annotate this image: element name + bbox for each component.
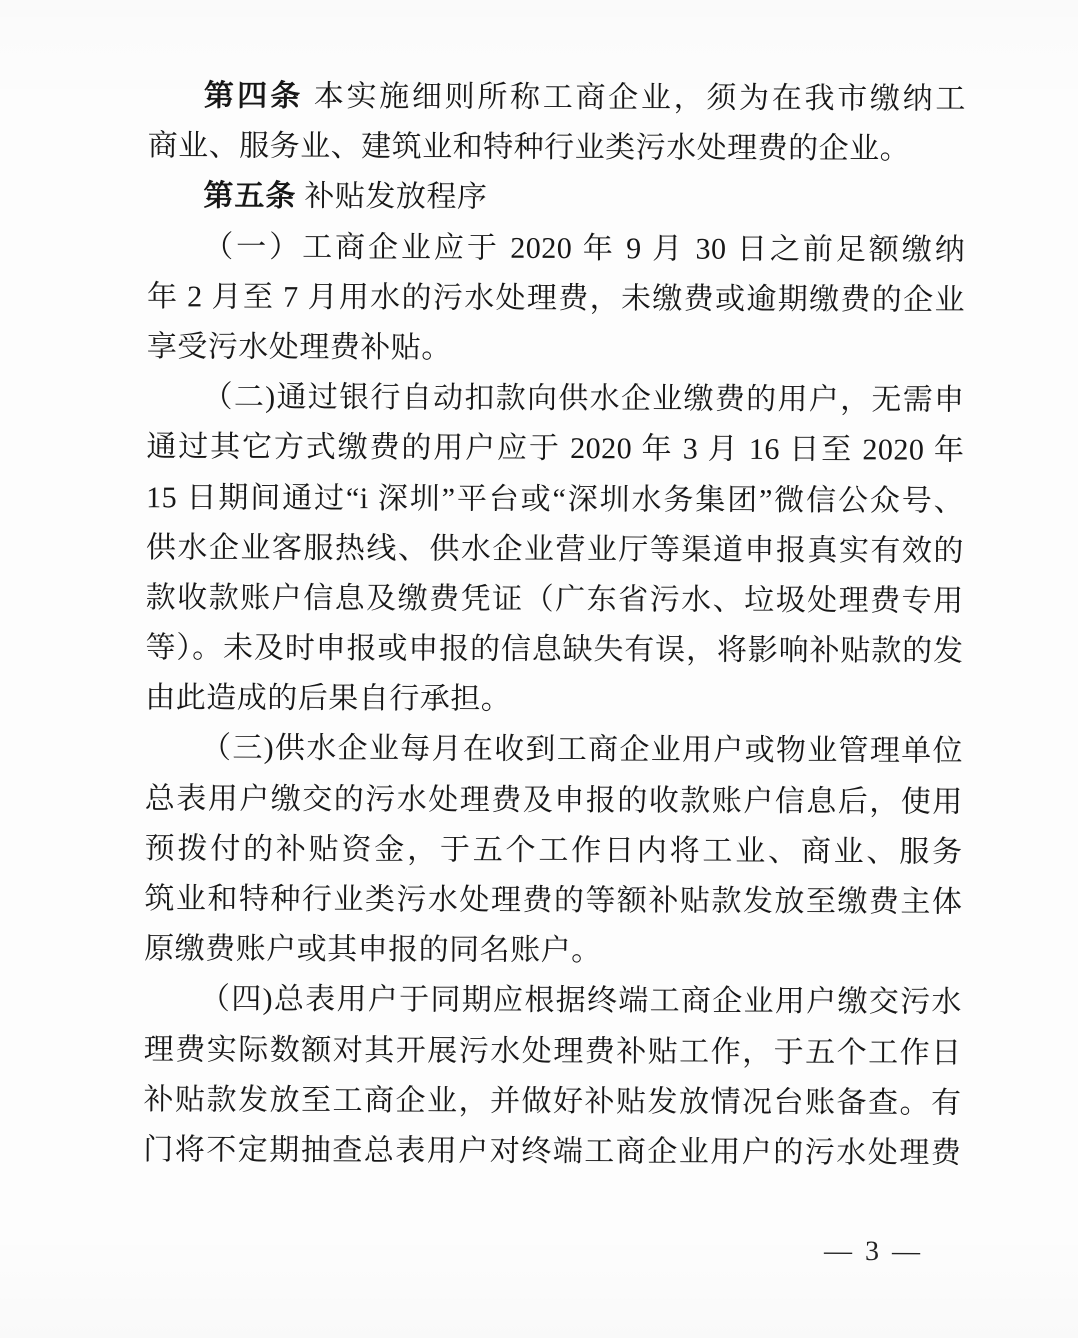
item-3-line-2: 总表用户缴交的污水处理费及申报的收款账户信息后，使用财政	[145, 774, 963, 828]
page-number: — 3 —	[824, 1236, 923, 1268]
item-1-line-3: 享受污水处理费补贴。	[147, 322, 965, 376]
item-4-line-3: 补贴款发放至工商企业，并做好补贴发放情况台账备查。有关部	[143, 1075, 961, 1129]
item-2-line-1: （二)通过银行自动扣款向供水企业缴费的用户，无需申报；	[146, 372, 964, 426]
item-3-line-4: 筑业和特种行业类污水处理费的等额补贴款发放至缴费主体的	[144, 874, 962, 928]
item-2-line-5: 款收款账户信息及缴费凭证（广东省污水、垃圾处理费专用收据	[146, 573, 964, 627]
article-5-heading: 第五条	[203, 180, 296, 213]
item-2-line-2: 通过其它方式缴费的用户应于 2020 年 3 月 16 日至 2020 年 10…	[146, 423, 964, 477]
item-1-line-2: 年 2 月至 7 月用水的污水处理费，未缴费或逾期缴费的企业将不	[147, 272, 965, 326]
item-1-line-1: （一）工商企业应于 2020 年 9 月 30 日之前足额缴纳 2020	[147, 222, 965, 276]
item-4-line-1: （四)总表用户于同期应根据终端工商企业用户缴交污水处	[144, 975, 962, 1029]
item-3-line-5: 原缴费账户或其申报的同名账户。	[144, 924, 962, 978]
item-2-line-7: 由此造成的后果自行承担。	[145, 673, 963, 727]
article-4-line-2: 商业、服务业、建筑业和特种行业类污水处理费的企业。	[148, 121, 966, 175]
item-2-line-4: 供水企业客服热线、供水企业营业厅等渠道申报真实有效的补贴	[146, 523, 964, 577]
document-body: 第四条 本实施细则所称工商企业，须为在我市缴纳工业、 商业、服务业、建筑业和特种…	[143, 71, 966, 1179]
article-5-text: 补贴发放程序	[296, 180, 487, 214]
article-4-line-1: 第四条 本实施细则所称工商企业，须为在我市缴纳工业、	[148, 71, 966, 125]
item-2-line-6: 等）。未及时申报或申报的信息缺失有误，将影响补贴款的发放，	[145, 623, 963, 677]
item-3-line-3: 预拨付的补贴资金，于五个工作日内将工业、商业、服务业、建	[145, 824, 963, 878]
scanned-document-page: 第四条 本实施细则所称工商企业，须为在我市缴纳工业、 商业、服务业、建筑业和特种…	[0, 0, 1078, 1338]
item-2-line-3: 15 日期间通过“i 深圳”平台或“深圳水务集团”微信公众号、	[146, 473, 964, 527]
article-4-heading: 第四条	[204, 79, 304, 112]
article-5-heading-line: 第五条 补贴发放程序	[147, 172, 965, 226]
item-4-line-2: 理费实际数额对其开展污水处理费补贴工作，于五个工作日内将	[144, 1025, 962, 1079]
item-4-line-4: 门将不定期抽查总表用户对终端工商企业用户的污水处理费补	[143, 1125, 961, 1179]
item-3-line-1: （三)供水企业每月在收到工商企业用户或物业管理单位等	[145, 724, 963, 778]
article-4-text: 本实施细则所称工商企业，须为在我市缴纳工业、	[204, 80, 966, 125]
